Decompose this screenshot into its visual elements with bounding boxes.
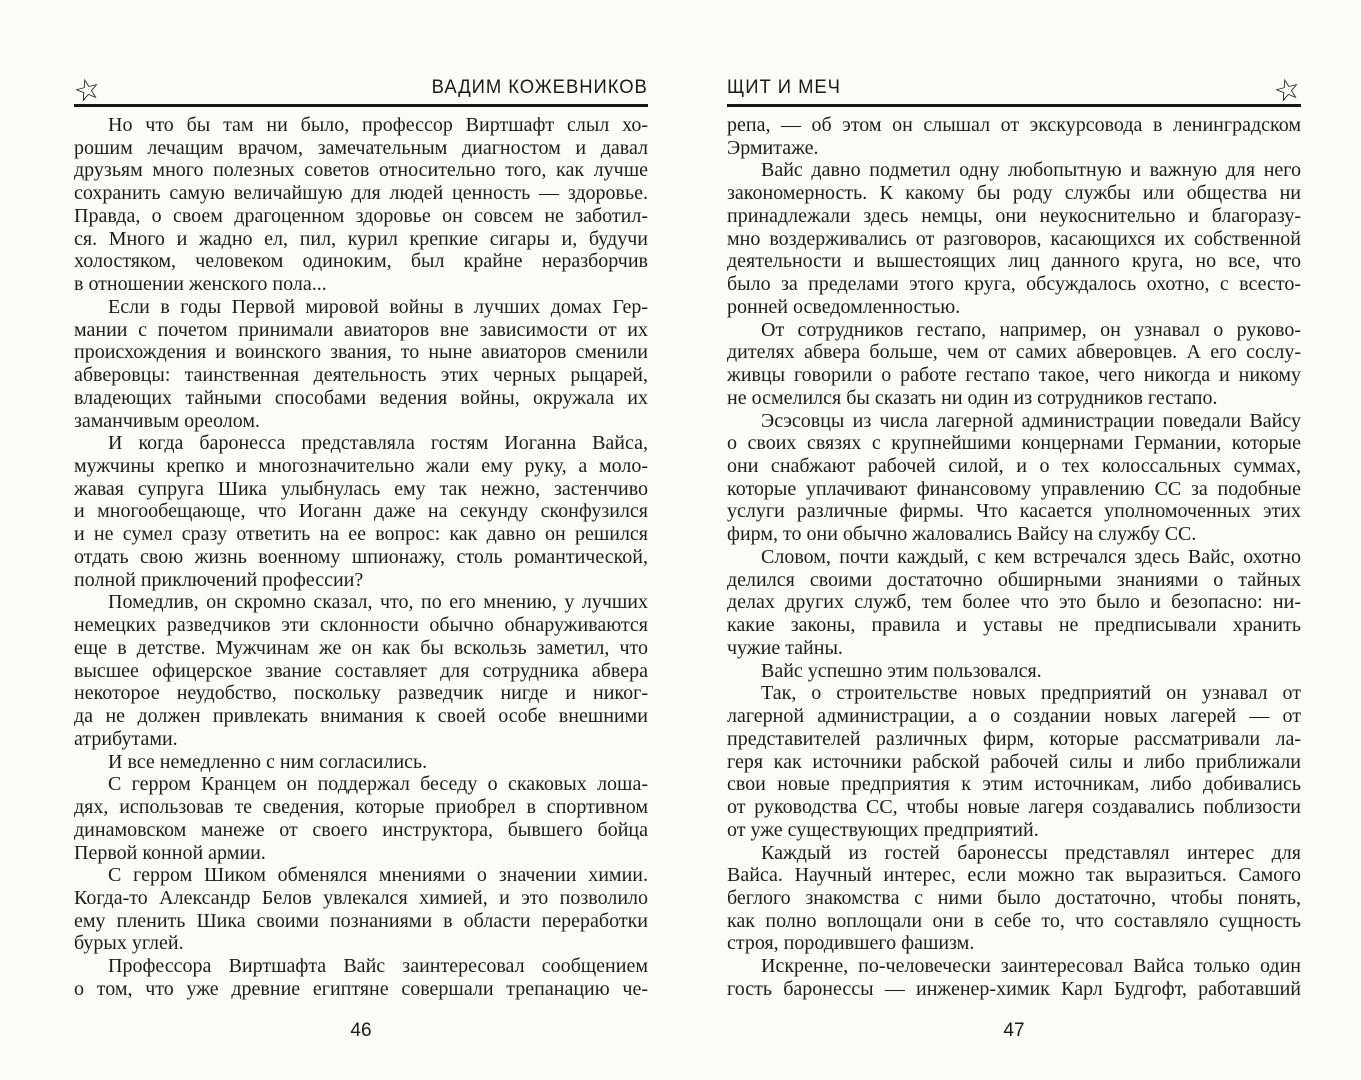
- text-line: свои новые предприятия к этим источникам…: [727, 773, 1301, 796]
- text-line: С герром Кранцем он поддержал беседу о с…: [74, 773, 648, 796]
- text-line: и не сумел сразу ответить на ее вопрос: …: [74, 523, 648, 546]
- text-line: жавая супруга Шика улыбнулась ему так не…: [74, 478, 648, 501]
- text-line: от руководства СС, чтобы новые лагеря со…: [727, 796, 1301, 819]
- text-line: не осмелился бы сказать ни один из сотру…: [727, 387, 1301, 410]
- text-line: живцы говорили о работе гестапо такое, ч…: [727, 364, 1301, 387]
- text-line: дителях абвера больше, чем от самих абве…: [727, 341, 1301, 364]
- text-line: динамовском манеже от своего инструктора…: [74, 819, 648, 842]
- page-right: ЩИТ И МЕЧ ☆ репа, — об этом он слышал от…: [727, 68, 1301, 1068]
- text-line: происхождения и воинского звания, то нын…: [74, 341, 648, 364]
- text-line: ся. Много и жадно ел, пил, курил крепкие…: [74, 228, 648, 251]
- text-line: деятельности и вышестоящих лиц данного к…: [727, 250, 1301, 273]
- text-line: рошим лечащим врачом, замечательным диаг…: [74, 137, 648, 160]
- text-line: беглого знакомства с ними было достаточн…: [727, 887, 1301, 910]
- text-line: представителей различных фирм, которые р…: [727, 728, 1301, 751]
- text-line: немецких разведчиков эти склонности обыч…: [74, 614, 648, 637]
- text-line: дях, использовав те сведения, которые пр…: [74, 796, 648, 819]
- text-line: Если в годы Первой мировой войны в лучши…: [74, 296, 648, 319]
- text-line: строя, породившего фашизм.: [727, 932, 1301, 955]
- text-line: Когда-то Александр Белов увлекался химие…: [74, 887, 648, 910]
- text-line: Каждый из гостей баронессы представлял и…: [727, 842, 1301, 865]
- text-line: репа, — об этом он слышал от экскурсовод…: [727, 114, 1301, 137]
- page-text-right: репа, — об этом он слышал от экскурсовод…: [727, 107, 1301, 1001]
- text-line: услуги различные фирмы. Что касается упо…: [727, 500, 1301, 523]
- page-number-right: 47: [727, 1020, 1301, 1042]
- text-line: лагерной администрации, а о создании нов…: [727, 705, 1301, 728]
- text-line: друзьям много полезных советов относител…: [74, 159, 648, 182]
- text-line: закономерность. К какому бы роду службы …: [727, 182, 1301, 205]
- page-text-left: Но что бы там ни было, профессор Виртшаф…: [74, 107, 648, 1001]
- text-line: некоторое неудобство, поскольку разведчи…: [74, 682, 648, 705]
- text-line: о своих связях с крупнейшими концернами …: [727, 432, 1301, 455]
- text-line: как полно воплощали они в себе то, что с…: [727, 910, 1301, 933]
- text-line: да не должен привлекать внимания к своей…: [74, 705, 648, 728]
- text-line: делах других служб, тем более что это бы…: [727, 591, 1301, 614]
- text-line: они снабжают рабочей силой, и о тех коло…: [727, 455, 1301, 478]
- running-title-book: ЩИТ И МЕЧ: [727, 77, 841, 104]
- text-line: Но что бы там ни было, профессор Виртшаф…: [74, 114, 648, 137]
- text-line: И когда баронесса представляла гостям Ио…: [74, 432, 648, 455]
- text-line: гость баронессы — инженер-химик Карл Буд…: [727, 978, 1301, 1001]
- text-line: холостяком, человеком одиноким, был край…: [74, 250, 648, 273]
- text-line: сохранить самую величайшую для людей цен…: [74, 182, 648, 205]
- text-line: еще в детстве. Мужчинам же он как бы вск…: [74, 637, 648, 660]
- text-line: чужие тайны.: [727, 637, 1301, 660]
- text-line: от уже существующих предприятий.: [727, 819, 1301, 842]
- star-icon: ☆: [71, 75, 103, 107]
- text-line: было за пределами этого круга, обсуждало…: [727, 273, 1301, 296]
- text-line: Правда, о своем драгоценном здоровье он …: [74, 205, 648, 228]
- text-line: От сотрудников гестапо, например, он узн…: [727, 319, 1301, 342]
- text-line: принадлежали здесь немцы, они неукосните…: [727, 205, 1301, 228]
- text-line: владеющих тайными способами ведения войн…: [74, 387, 648, 410]
- text-line: фирм, то они обычно жаловались Вайсу на …: [727, 523, 1301, 546]
- running-head-right: ЩИТ И МЕЧ ☆: [727, 68, 1301, 104]
- running-head-left: ☆ ВАДИМ КОЖЕВНИКОВ: [74, 68, 648, 104]
- text-line: мно воздерживались от разговоров, касающ…: [727, 228, 1301, 251]
- text-line: бурых углей.: [74, 932, 648, 955]
- running-title-author: ВАДИМ КОЖЕВНИКОВ: [432, 77, 648, 104]
- text-line: С герром Шиком обменялся мнениями о знач…: [74, 864, 648, 887]
- page-number-left: 46: [74, 1020, 648, 1042]
- text-line: Вайс успешно этим пользовался.: [727, 660, 1301, 683]
- text-line: Вайс давно подметил одну любопытную и ва…: [727, 159, 1301, 182]
- text-line: Так, о строительстве новых предприятий о…: [727, 682, 1301, 705]
- text-line: делился своими достаточно обширными знан…: [727, 569, 1301, 592]
- text-line: атрибутами.: [74, 728, 648, 751]
- text-line: Вайса. Научный интерес, если можно так в…: [727, 864, 1301, 887]
- text-line: и многообещающе, что Иоганн даже на секу…: [74, 500, 648, 523]
- text-line: абверовцы: таинственная деятельность эти…: [74, 364, 648, 387]
- star-icon: ☆: [1271, 75, 1303, 107]
- text-line: Эсэсовцы из числа лагерной администрации…: [727, 410, 1301, 433]
- text-line: в отношении женского пола...: [74, 273, 648, 296]
- text-line: высшее офицерское звание составляет для …: [74, 660, 648, 683]
- text-line: которые уплачивают финансовому управлени…: [727, 478, 1301, 501]
- text-line: мужчины крепко и многозначительно жали е…: [74, 455, 648, 478]
- text-line: Искренне, по-человечески заинтересовал В…: [727, 955, 1301, 978]
- text-line: Словом, почти каждый, с кем встречался з…: [727, 546, 1301, 569]
- text-line: И все немедленно с ним согласились.: [74, 751, 648, 774]
- text-line: о том, что уже древние египтяне совершал…: [74, 978, 648, 1001]
- text-line: Помедлив, он скромно сказал, что, по его…: [74, 591, 648, 614]
- text-line: Профессора Виртшафта Вайс заинтересовал …: [74, 955, 648, 978]
- text-line: мании с почетом принимали авиаторов вне …: [74, 319, 648, 342]
- text-line: отдать свою жизнь военному шпионажу, сто…: [74, 546, 648, 569]
- text-line: Первой конной армии.: [74, 842, 648, 865]
- page-left: ☆ ВАДИМ КОЖЕВНИКОВ Но что бы там ни было…: [74, 68, 648, 1068]
- text-line: заманчивым ореолом.: [74, 410, 648, 433]
- text-line: геря как источники рабской рабочей силы …: [727, 751, 1301, 774]
- text-line: ему пленить Шика своими познаниями в обл…: [74, 910, 648, 933]
- text-line: какие законы, правила и уставы не предпи…: [727, 614, 1301, 637]
- text-line: полной приключений профессии?: [74, 569, 648, 592]
- text-line: Эрмитаже.: [727, 137, 1301, 160]
- text-line: ронней осведомленностью.: [727, 296, 1301, 319]
